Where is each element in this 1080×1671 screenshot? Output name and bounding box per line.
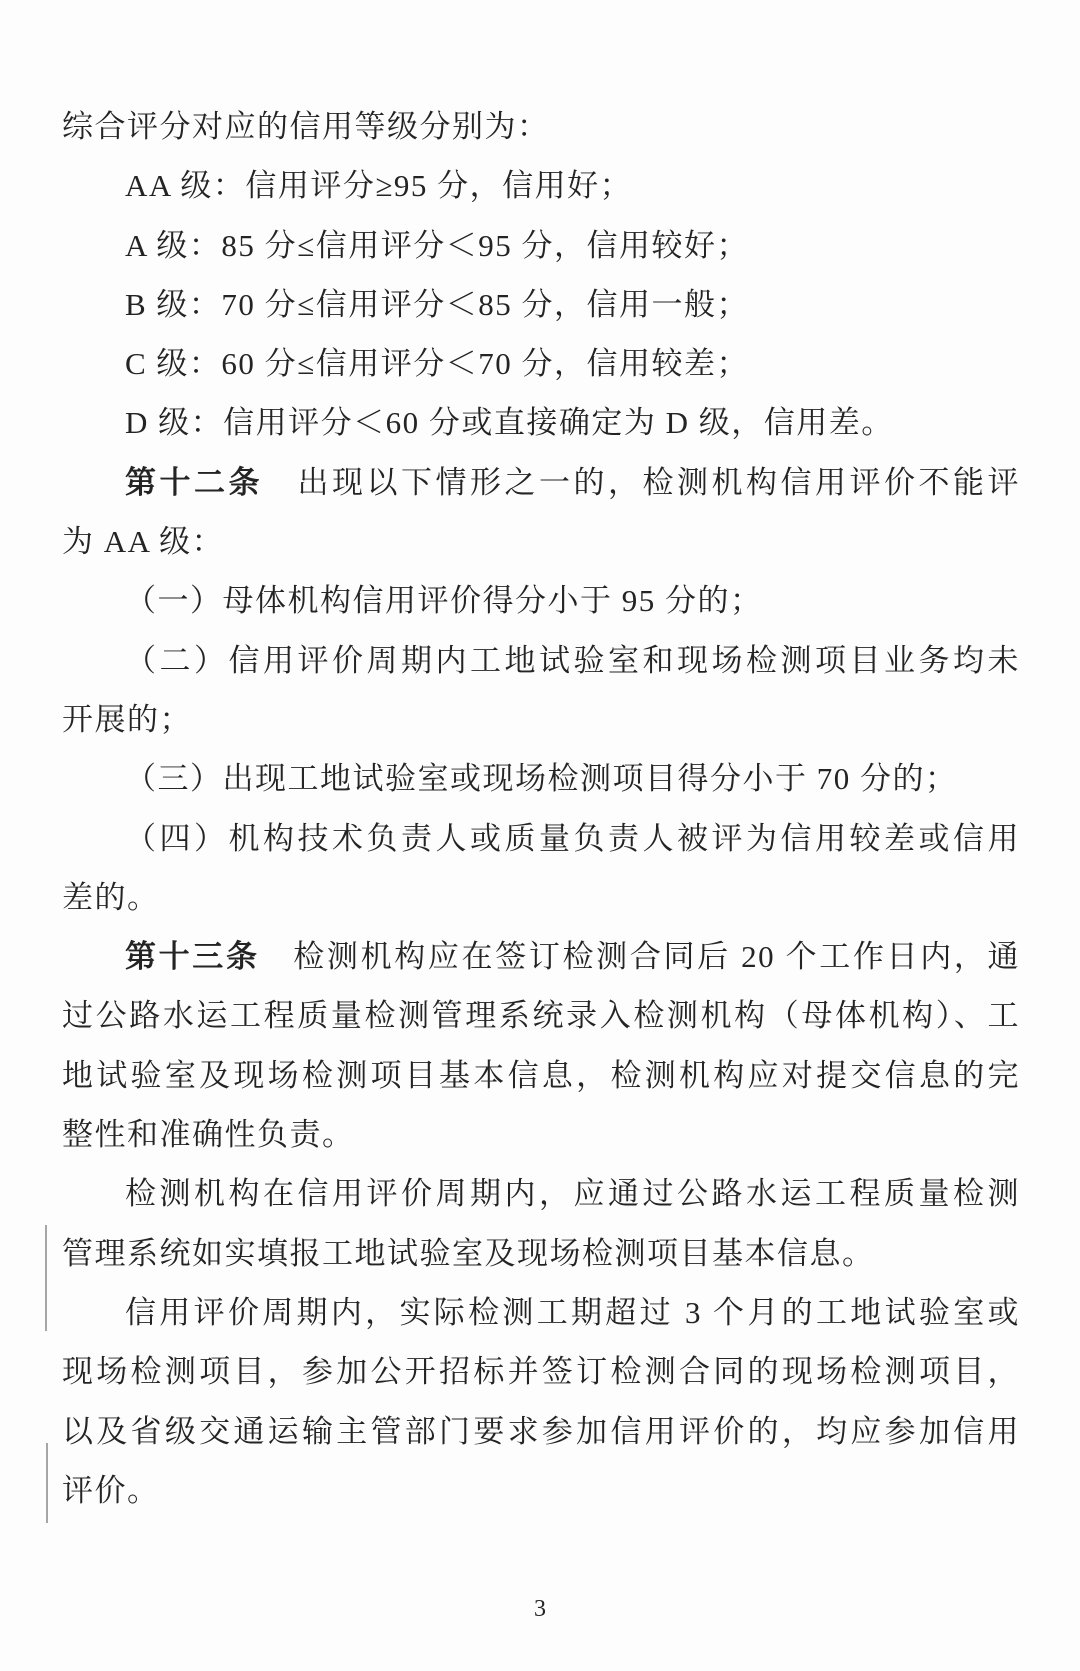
text-run: C 级：60 分≤信用评分＜70 分，信用较差； <box>125 346 749 381</box>
text-run: B 级：70 分≤信用评分＜85 分，信用一般； <box>125 287 749 322</box>
text-line: （一）母体机构信用评价得分小于 95 分的； <box>62 571 1020 630</box>
text-line: 整性和准确性负责。 <box>62 1105 1020 1164</box>
text-line: B 级：70 分≤信用评分＜85 分，信用一般； <box>62 275 1020 334</box>
text-line: 为 AA 级： <box>62 512 1020 571</box>
text-line: （二）信用评价周期内工地试验室和现场检测项目业务均未 <box>62 631 1020 690</box>
text-line: （四）机构技术负责人或质量负责人被评为信用较差或信用 <box>62 809 1020 868</box>
text-line: 检测机构在信用评价周期内，应通过公路水运工程质量检测 <box>62 1164 1020 1223</box>
text-line: 信用评价周期内，实际检测工期超过 3 个月的工地试验室或 <box>62 1283 1020 1342</box>
text-run: 检测机构在信用评价周期内，应通过公路水运工程质量检测 <box>125 1176 1020 1211</box>
article-number: 第十二条 <box>125 465 263 500</box>
text-line: 现场检测项目，参加公开招标并签订检测合同的现场检测项目， <box>62 1342 1020 1401</box>
text-run: 过公路水运工程质量检测管理系统录入检测机构（母体机构）、工 <box>62 998 1020 1033</box>
text-line: 综合评分对应的信用等级分别为： <box>62 97 1020 156</box>
text-run: A 级：85 分≤信用评分＜95 分，信用较好； <box>125 228 749 263</box>
text-run: （一）母体机构信用评价得分小于 95 分的； <box>125 583 763 618</box>
document-body: 综合评分对应的信用等级分别为：AA 级：信用评分≥95 分，信用好；A 级：85… <box>62 97 1020 1520</box>
text-run: 为 AA 级： <box>62 524 224 559</box>
text-line: D 级：信用评分＜60 分或直接确定为 D 级，信用差。 <box>62 393 1020 452</box>
text-line: 过公路水运工程质量检测管理系统录入检测机构（母体机构）、工 <box>62 986 1020 1045</box>
text-line: 地试验室及现场检测项目基本信息，检测机构应对提交信息的完 <box>62 1046 1020 1105</box>
text-line: 第十二条 出现以下情形之一的，检测机构信用评价不能评 <box>62 453 1020 512</box>
text-run: 检测机构应在签订检测合同后 20 个工作日内，通 <box>260 939 1020 974</box>
text-run: 以及省级交通运输主管部门要求参加信用评价的，均应参加信用 <box>62 1414 1020 1449</box>
text-line: A 级：85 分≤信用评分＜95 分，信用较好； <box>62 216 1020 275</box>
text-run: AA 级：信用评分≥95 分，信用好； <box>125 168 632 203</box>
revision-bar <box>46 1443 48 1523</box>
text-line: C 级：60 分≤信用评分＜70 分，信用较差； <box>62 334 1020 393</box>
text-line: AA 级：信用评分≥95 分，信用好； <box>62 156 1020 215</box>
text-line: 差的。 <box>62 868 1020 927</box>
text-run: 综合评分对应的信用等级分别为： <box>62 109 550 144</box>
text-run: 出现以下情形之一的，检测机构信用评价不能评 <box>263 465 1020 500</box>
text-run: 信用评价周期内，实际检测工期超过 3 个月的工地试验室或 <box>125 1295 1020 1330</box>
text-run: （三）出现工地试验室或现场检测项目得分小于 70 分的； <box>125 761 958 796</box>
text-run: D 级：信用评分＜60 分或直接确定为 D 级，信用差。 <box>125 405 894 440</box>
text-run: 评价。 <box>62 1473 160 1508</box>
text-line: 以及省级交通运输主管部门要求参加信用评价的，均应参加信用 <box>62 1402 1020 1461</box>
text-run: （四）机构技术负责人或质量负责人被评为信用较差或信用 <box>125 821 1020 856</box>
document-page: 综合评分对应的信用等级分别为：AA 级：信用评分≥95 分，信用好；A 级：85… <box>0 0 1080 1671</box>
text-line: 管理系统如实填报工地试验室及现场检测项目基本信息。 <box>62 1224 1020 1283</box>
text-run: 开展的； <box>62 702 192 737</box>
page-number: 3 <box>0 1596 1080 1623</box>
text-run: 地试验室及现场检测项目基本信息，检测机构应对提交信息的完 <box>62 1058 1020 1093</box>
article-number: 第十三条 <box>125 939 260 974</box>
revision-bar <box>45 1225 47 1331</box>
text-run: 整性和准确性负责。 <box>62 1117 355 1152</box>
text-line: 开展的； <box>62 690 1020 749</box>
text-run: 现场检测项目，参加公开招标并签订检测合同的现场检测项目， <box>62 1354 1020 1389</box>
text-run: 差的。 <box>62 880 160 915</box>
text-line: （三）出现工地试验室或现场检测项目得分小于 70 分的； <box>62 749 1020 808</box>
text-line: 评价。 <box>62 1461 1020 1520</box>
text-run: （二）信用评价周期内工地试验室和现场检测项目业务均未 <box>125 643 1020 678</box>
text-line: 第十三条 检测机构应在签订检测合同后 20 个工作日内，通 <box>62 927 1020 986</box>
text-run: 管理系统如实填报工地试验室及现场检测项目基本信息。 <box>62 1236 875 1271</box>
